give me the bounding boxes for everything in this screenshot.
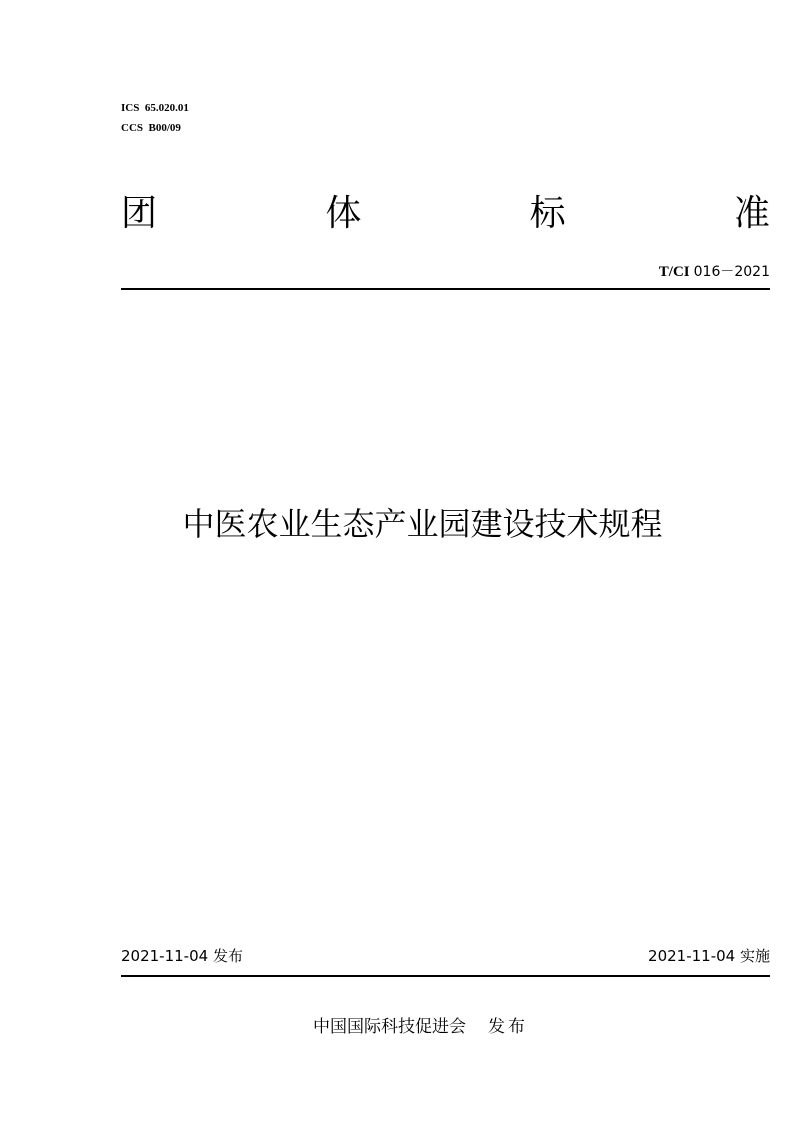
standard-type-char: 团 [121, 190, 157, 238]
standard-type-char: 体 [325, 190, 361, 238]
standard-type-heading: 团 体 标 准 [121, 190, 770, 238]
standard-number-prefix: T/CI [659, 264, 690, 280]
publish-date: 2021-11-04 发布 [121, 946, 243, 966]
ics-code: ICS 65.020.01 [121, 98, 189, 118]
standard-number-value: 016－2021 [694, 264, 770, 280]
document-title: 中医农业生态产业园建设技术规程 [0, 500, 800, 548]
header-divider [121, 288, 770, 290]
standard-type-char: 标 [530, 190, 566, 238]
ccs-code: CCS B00/09 [121, 118, 189, 138]
standard-type-char: 准 [734, 190, 770, 238]
implement-date: 2021-11-04 实施 [648, 946, 770, 966]
classification-codes: ICS 65.020.01 CCS B00/09 [121, 98, 189, 138]
footer-divider [121, 975, 770, 977]
issuer-action: 发布 [488, 1017, 528, 1037]
issuer-line: 中国国际科技促进会发布 [313, 1015, 528, 1039]
issuing-organization: 中国国际科技促进会 [313, 1017, 466, 1037]
standard-number: T/CI016－2021 [659, 262, 770, 281]
